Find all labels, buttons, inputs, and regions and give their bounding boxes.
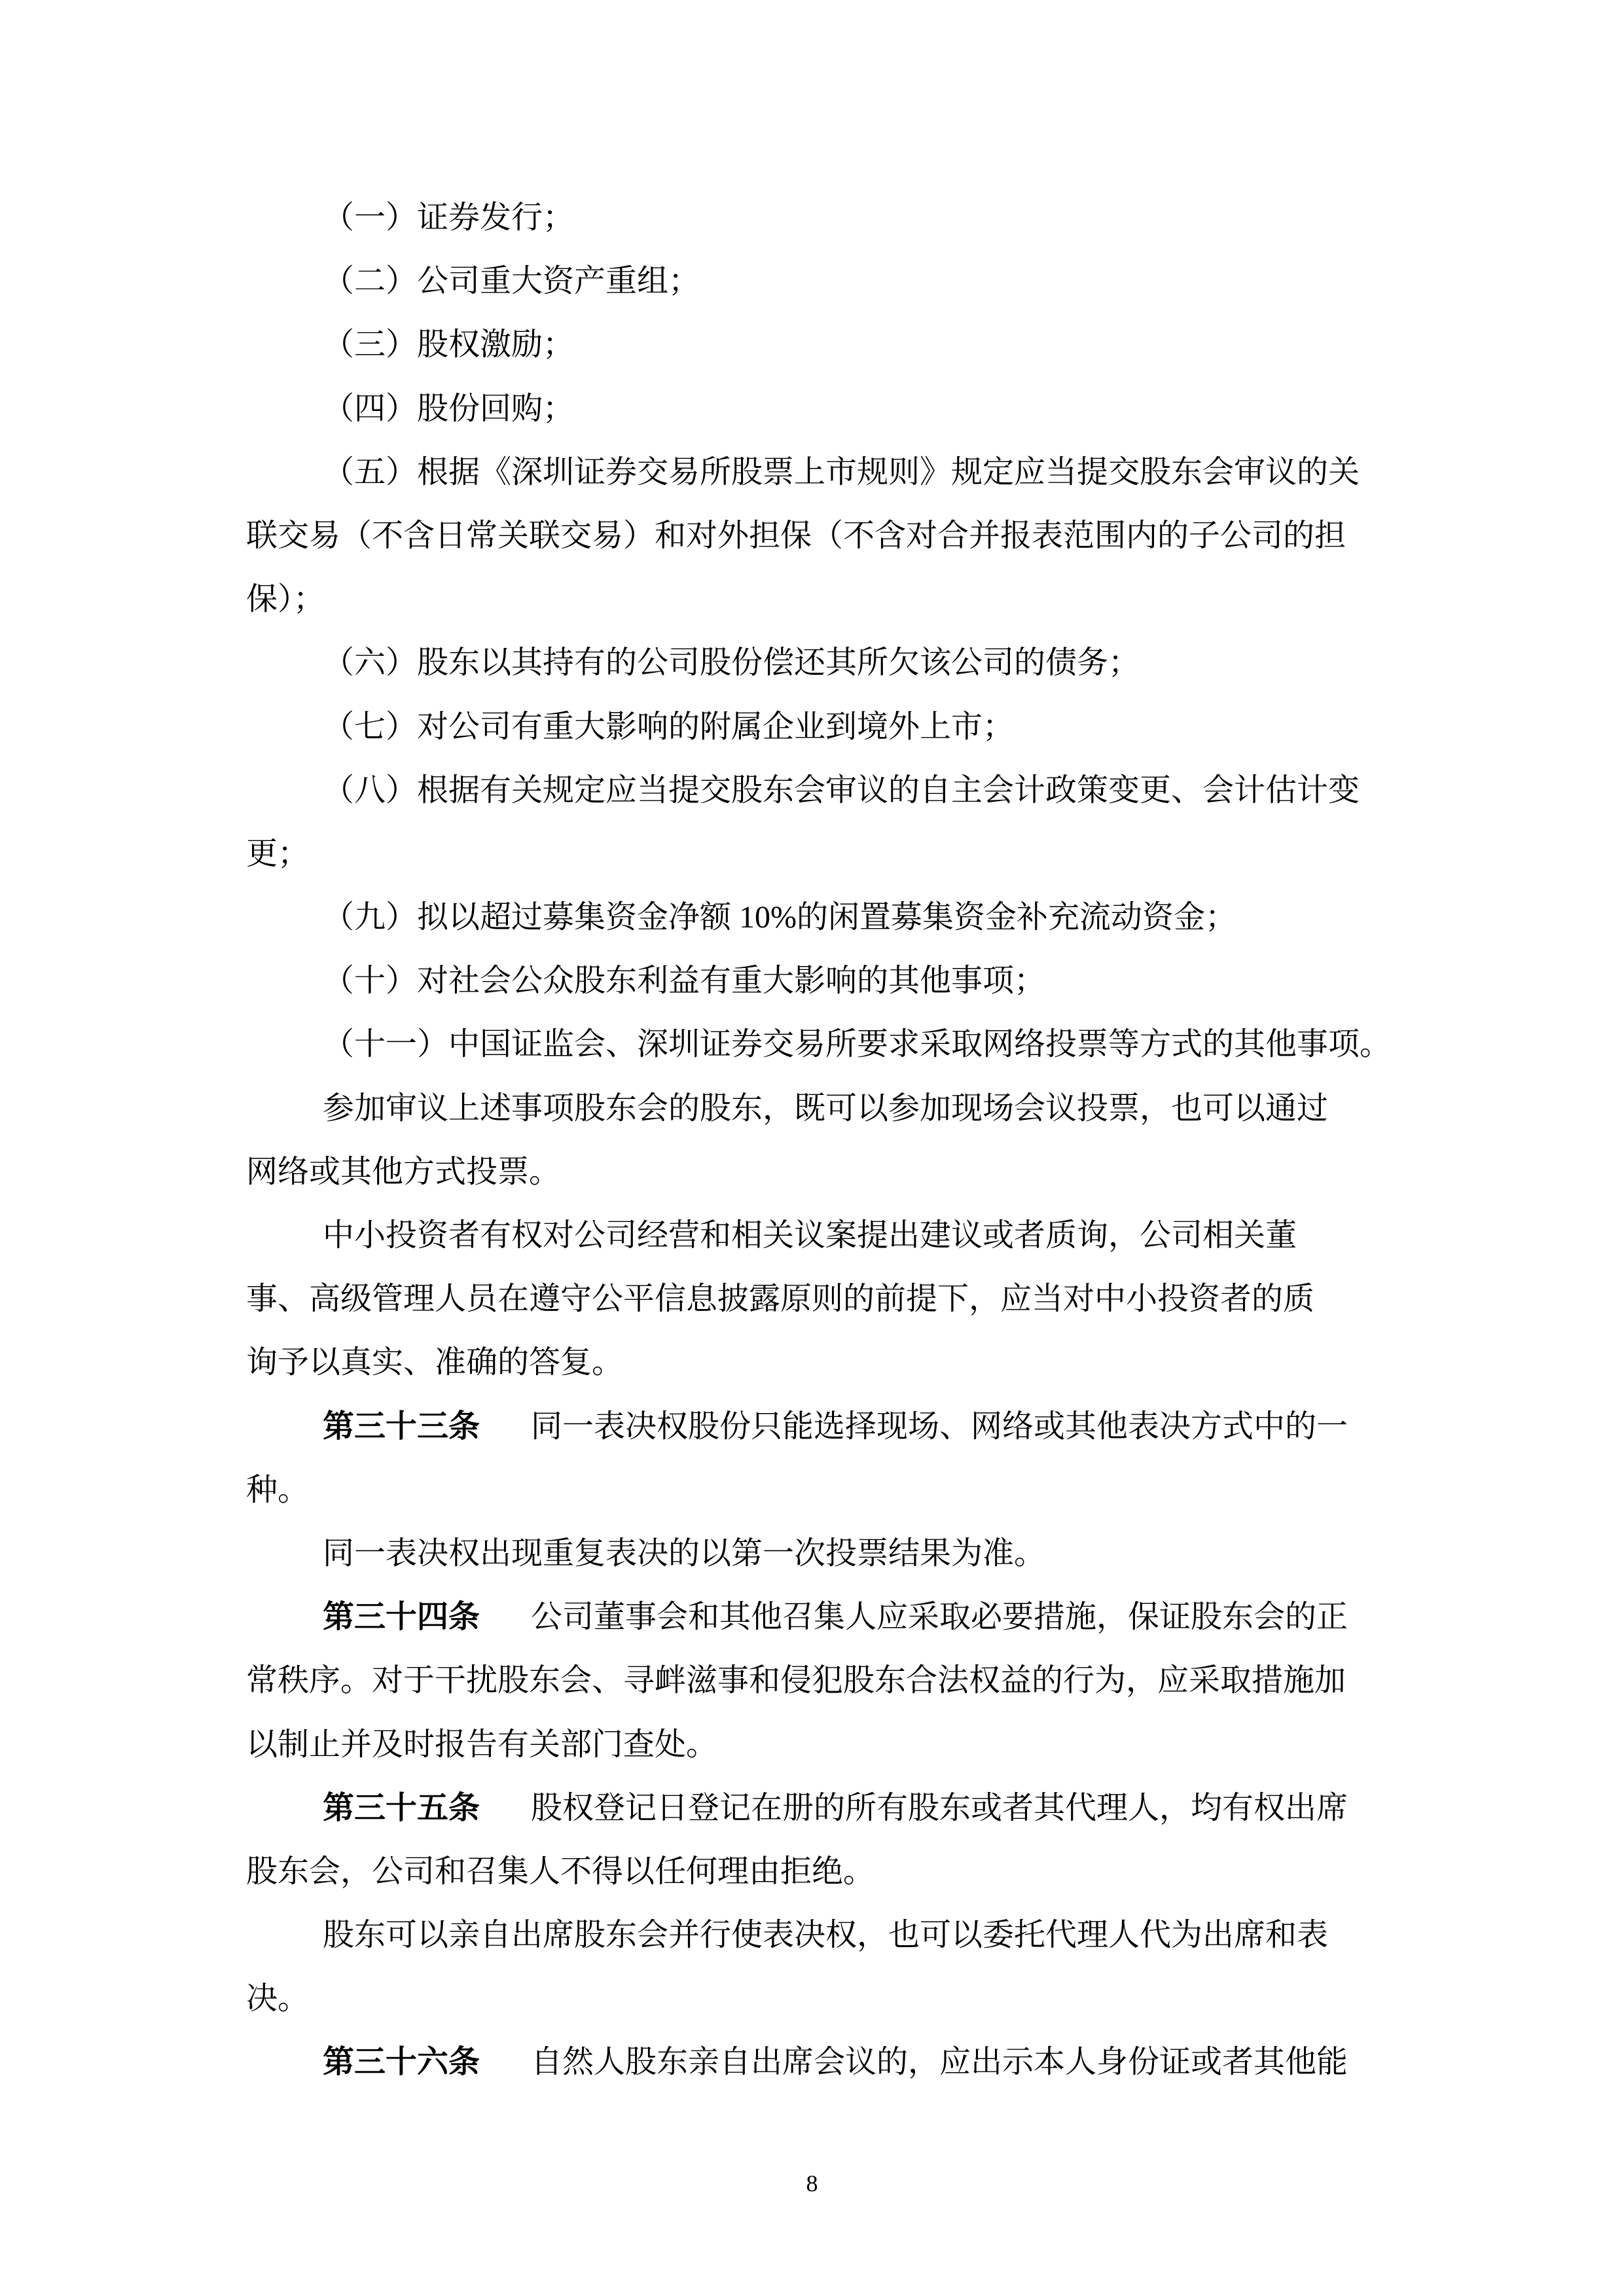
document-body: （一）证券发行； （二）公司重大资产重组； （三）股权激励； （四）股份回购； … <box>246 186 1379 2094</box>
list-item-10: （十）对社会公众股东利益有重大影响的其他事项； <box>246 949 1379 1013</box>
article-34-cont-1: 常秩序。对于干扰股东会、寻衅滋事和侵犯股东合法权益的行为，应采取措施加 <box>246 1649 1379 1712</box>
article-36-text: 自然人股东亲自出席会议的，应出示本人身份证或者其他能 <box>531 2045 1348 2079</box>
list-item-6: （六）股东以其持有的公司股份偿还其所欠该公司的债务； <box>246 631 1379 694</box>
list-item-3: （三）股权激励； <box>246 313 1379 376</box>
article-34-text: 公司董事会和其他召集人应采取必要措施，保证股东会的正 <box>531 1600 1348 1634</box>
list-item-8-cont-1: 更； <box>246 822 1379 886</box>
article-35-text: 股权登记日登记在册的所有股东或者其代理人，均有权出席 <box>531 1791 1348 1825</box>
article-35-cont-1: 股东会，公司和召集人不得以任何理由拒绝。 <box>246 1840 1379 1903</box>
list-item-2: （二）公司重大资产重组； <box>246 249 1379 313</box>
list-item-7: （七）对公司有重大影响的附属企业到境外上市； <box>246 695 1379 759</box>
article-35-paragraph-2-cont-1: 决。 <box>246 1967 1379 2030</box>
paragraph-voting-methods-cont-1: 网络或其他方式投票。 <box>246 1140 1379 1204</box>
article-34-heading: 第三十四条 <box>323 1600 480 1634</box>
article-33-paragraph-2: 同一表决权出现重复表决的以第一次投票结果为准。 <box>246 1522 1379 1585</box>
article-34-cont-2: 以制止并及时报告有关部门查处。 <box>246 1713 1379 1776</box>
article-36: 第三十六条自然人股东亲自出席会议的，应出示本人身份证或者其他能 <box>246 2030 1379 2094</box>
list-item-5: （五）根据《深圳证券交易所股票上市规则》规定应当提交股东会审议的关 <box>246 440 1379 504</box>
list-item-11: （十一）中国证监会、深圳证券交易所要求采取网络投票等方式的其他事项。 <box>246 1013 1379 1076</box>
document-page: （一）证券发行； （二）公司重大资产重组； （三）股权激励； （四）股份回购； … <box>0 0 1624 2296</box>
article-33: 第三十三条同一表决权股份只能选择现场、网络或其他表决方式中的一 <box>246 1395 1379 1458</box>
paragraph-minority-investors-cont-2: 询予以真实、准确的答复。 <box>246 1331 1379 1394</box>
paragraph-voting-methods: 参加审议上述事项股东会的股东，既可以参加现场会议投票，也可以通过 <box>246 1077 1379 1140</box>
list-item-4: （四）股份回购； <box>246 377 1379 440</box>
list-item-5-cont-1: 联交易（不含日常关联交易）和对外担保（不含对合并报表范围内的子公司的担 <box>246 504 1379 567</box>
list-item-9: （九）拟以超过募集资金净额 10%的闲置募集资金补充流动资金； <box>246 886 1379 949</box>
article-35: 第三十五条股权登记日登记在册的所有股东或者其代理人，均有权出席 <box>246 1776 1379 1840</box>
article-34: 第三十四条公司董事会和其他召集人应采取必要措施，保证股东会的正 <box>246 1585 1379 1649</box>
page-number: 8 <box>0 2168 1624 2199</box>
list-item-1: （一）证券发行； <box>246 186 1379 249</box>
list-item-5-cont-2: 保）； <box>246 567 1379 631</box>
list-item-8: （八）根据有关规定应当提交股东会审议的自主会计政策变更、会计估计变 <box>246 759 1379 822</box>
article-35-paragraph-2: 股东可以亲自出席股东会并行使表决权，也可以委托代理人代为出席和表 <box>246 1903 1379 1967</box>
article-33-cont-1: 种。 <box>246 1458 1379 1522</box>
article-36-heading: 第三十六条 <box>323 2045 480 2079</box>
paragraph-minority-investors: 中小投资者有权对公司经营和相关议案提出建议或者质询，公司相关董 <box>246 1204 1379 1267</box>
article-33-text: 同一表决权股份只能选择现场、网络或其他表决方式中的一 <box>531 1409 1348 1444</box>
article-35-heading: 第三十五条 <box>323 1791 480 1825</box>
paragraph-minority-investors-cont-1: 事、高级管理人员在遵守公平信息披露原则的前提下，应当对中小投资者的质 <box>246 1267 1379 1331</box>
article-33-heading: 第三十三条 <box>323 1409 480 1444</box>
